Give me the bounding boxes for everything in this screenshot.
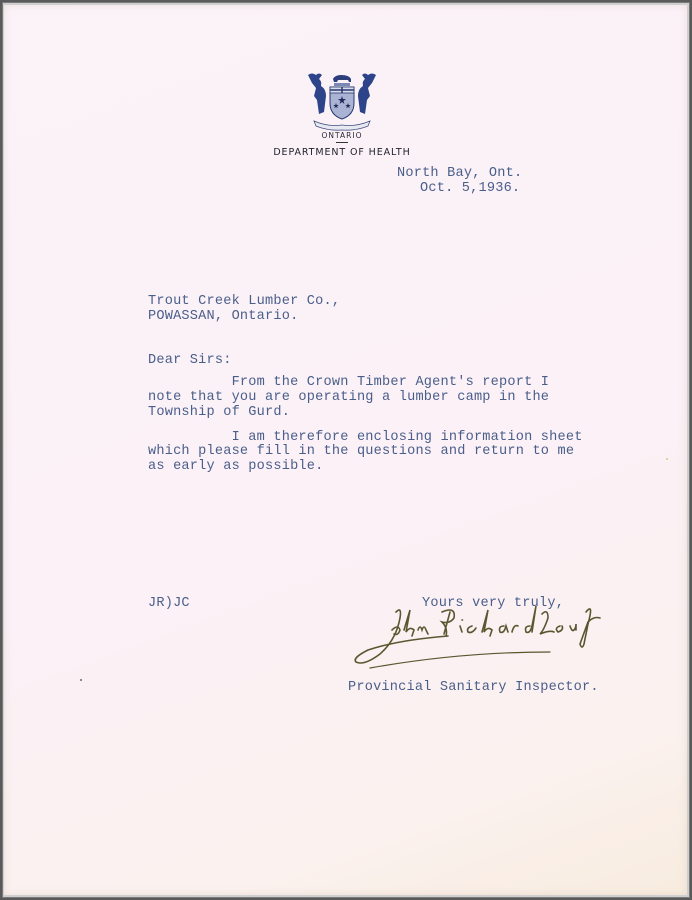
reference-initials: JR)JC xyxy=(148,596,190,612)
letterhead-province: ONTARIO xyxy=(260,131,424,140)
body-line: From the Crown Timber Agent's report I xyxy=(148,375,549,391)
recipient-name: Trout Creek Lumber Co., xyxy=(148,294,340,310)
letterhead-divider xyxy=(336,142,348,143)
signer-title: Provincial Sanitary Inspector. xyxy=(348,680,599,696)
dateline-place: North Bay, Ont. xyxy=(397,166,522,182)
paper-speck xyxy=(666,458,668,460)
body-line: as early as possible. xyxy=(148,459,324,475)
body-line: note that you are operating a lumber cam… xyxy=(148,390,549,406)
recipient-address: POWASSAN, Ontario. xyxy=(148,309,298,325)
paper-speck xyxy=(80,679,82,681)
ontario-coat-of-arms-icon xyxy=(306,71,378,133)
salutation: Dear Sirs: xyxy=(148,353,232,369)
handwritten-signature xyxy=(350,604,650,684)
body-line: Township of Gurd. xyxy=(148,405,290,421)
body-line: which please fill in the questions and r… xyxy=(148,444,574,460)
dateline-date: Oct. 5,1936. xyxy=(420,181,520,197)
letterhead-department: DEPARTMENT OF HEALTH xyxy=(255,147,429,158)
